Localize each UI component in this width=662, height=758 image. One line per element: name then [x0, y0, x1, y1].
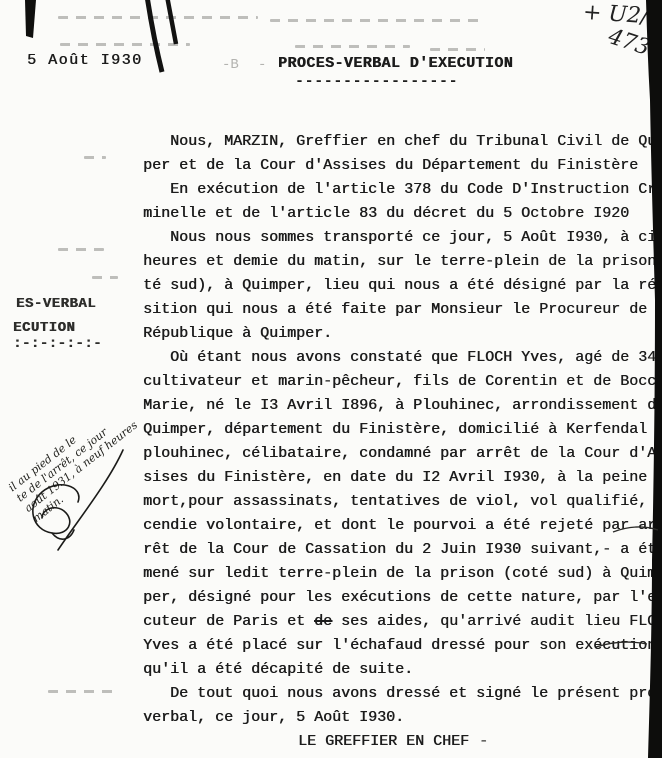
- body-line: sition qui nous a été faite par Monsieur…: [143, 298, 662, 322]
- page-title: PROCES-VERBAL D'EXECUTION: [278, 55, 513, 72]
- body-line: mort,pour assassinats, tentatives de vio…: [143, 490, 662, 514]
- body-line: Nous nous sommes transporté ce jour, 5 A…: [143, 226, 662, 250]
- body-line: per, désigné pour les exécutions de cett…: [143, 586, 662, 610]
- body-line: verbal, ce jour, 5 Août I930.: [143, 706, 662, 730]
- body-line: plouhinec, célibataire, condamné par arr…: [143, 442, 662, 466]
- body-line: Quimper, département du Finistère, domic…: [143, 418, 662, 442]
- date-label: 5 Août I930: [27, 52, 143, 69]
- document-body: Nous, MARZIN, Greffier en chef du Tribun…: [143, 130, 662, 754]
- body-line: En exécution de l'article 378 du Code D'…: [143, 178, 662, 202]
- pen-dash: -: [469, 733, 488, 750]
- scan-smudge: [84, 156, 106, 159]
- scanned-document-page: 5 Août I930 -B - PROCES-VERBAL D'EXECUTI…: [0, 0, 662, 758]
- scan-smudge: [270, 19, 485, 22]
- scan-smudge: [58, 16, 258, 19]
- scan-smudge: [430, 48, 485, 51]
- title-underline: -----------------: [295, 73, 458, 90]
- scan-smudge: [92, 276, 118, 279]
- body-text: ses aides, qu'arrivé audit lieu FLOCH: [332, 613, 662, 630]
- body-line: République à Quimper.: [143, 322, 662, 346]
- body-line: De tout quoi nous avons dressé et signé …: [143, 682, 662, 706]
- body-line: Nous, MARZIN, Greffier en chef du Tribun…: [143, 130, 662, 154]
- body-line: té sud), à Quimper, lieu qui nous a été …: [143, 274, 662, 298]
- pen-stroke: [167, 0, 176, 44]
- scan-smudge: [58, 248, 104, 251]
- body-text: cuteur de Paris et: [143, 613, 314, 630]
- body-line: per et de la Cour d'Assises du Départeme…: [143, 154, 662, 178]
- scan-smudge: [295, 45, 410, 48]
- pen-stroke: [147, 0, 162, 72]
- body-line: Où étant nous avons constaté que FLOCH Y…: [143, 346, 662, 370]
- scan-smudge: [48, 690, 114, 693]
- closing-line: LE GREFFIER EN CHEF-: [143, 730, 662, 754]
- scan-smudge: [60, 43, 190, 46]
- faded-type-fragment: -B: [222, 57, 239, 73]
- body-line: rêt de la Cour de Cassation du 2 Juin I9…: [143, 538, 662, 562]
- body-line: cendie volontaire, et dont le pourvoi a …: [143, 514, 662, 538]
- body-line: heures et demie du matin, sur le terre-p…: [143, 250, 662, 274]
- margin-stamp-line: ES-VERBAL: [16, 296, 96, 312]
- body-line: minelle et de l'article 83 du décret du …: [143, 202, 662, 226]
- archive-reference-mark: 473: [605, 24, 653, 61]
- faded-type-fragment: -: [258, 57, 266, 73]
- margin-stamp-line: ECUTION: [13, 320, 75, 336]
- body-line: Marie, né le I3 Avril I896, à Plouhinec,…: [143, 394, 662, 418]
- body-line: sises du Finistère, en date du I2 Avril …: [143, 466, 662, 490]
- margin-stamp-line: :-:-:-:-:-: [13, 336, 102, 352]
- body-line: qu'il a été décapité de suite.: [143, 658, 662, 682]
- body-line: Yves a été placé sur l'échafaud dressé p…: [143, 634, 662, 658]
- struck-word: de: [314, 613, 332, 630]
- scan-mark-top-left: [25, 0, 36, 38]
- body-line: mené sur ledit terre-plein de la prison …: [143, 562, 662, 586]
- body-line-with-strikeout: cuteur de Paris et de ses aides, qu'arri…: [143, 610, 662, 634]
- closing-text: LE GREFFIER EN CHEF: [298, 733, 469, 750]
- body-line: cultivateur et marin-pêcheur, fils de Co…: [143, 370, 662, 394]
